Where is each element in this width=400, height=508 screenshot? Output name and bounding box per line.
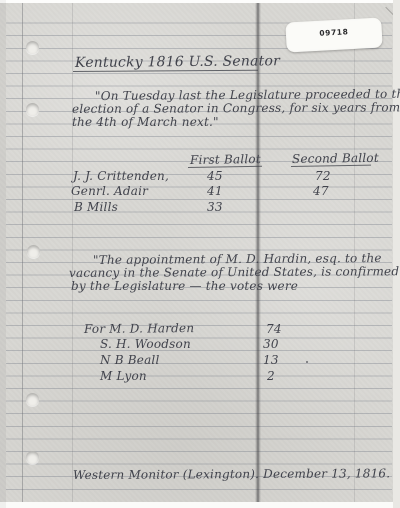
punch-hole <box>26 41 39 54</box>
scanned-document-page: 09718 Kentucky 1816 U.S. Senator "On Tue… <box>0 0 400 508</box>
scan-edge-right <box>393 0 400 508</box>
scan-edge-top <box>0 0 400 3</box>
header-second-underline <box>291 165 371 167</box>
paragraph2-line2: vacancy in the Senate of United States, … <box>69 264 399 280</box>
paper-left-edge-line <box>22 3 23 502</box>
ballot-row-first-value: 41 <box>207 184 223 198</box>
header-first-underline <box>188 166 262 168</box>
paragraph1-line3: the 4th of March next." <box>72 115 219 129</box>
ink-dot <box>306 361 308 363</box>
paragraph2-line3: by the Legislature — the votes were <box>71 279 298 293</box>
votes-row-name: S. H. Woodson <box>100 337 191 351</box>
ballot-row-name: B Mills <box>74 200 118 214</box>
ballot-row-first-value: 45 <box>207 169 223 183</box>
punch-hole <box>26 393 39 406</box>
ballot-row-second-value: 47 <box>313 184 329 198</box>
catalog-sticker: 09718 <box>285 18 382 53</box>
votes-row-name: M Lyon <box>100 369 147 383</box>
votes-row-name: N B Beall <box>100 353 160 367</box>
votes-row-value: 13 <box>263 353 279 367</box>
votes-row-value: 74 <box>266 322 282 336</box>
fold-crease-left <box>72 3 73 502</box>
page-title: Kentucky 1816 U.S. Senator <box>75 53 280 71</box>
votes-row-value: 30 <box>263 337 279 351</box>
punch-hole <box>26 451 39 464</box>
ballot-row-first-value: 33 <box>207 200 223 214</box>
punch-hole <box>27 245 40 258</box>
ballot-table-header-first: First Ballot <box>190 152 261 167</box>
votes-row-value: 2 <box>267 369 275 383</box>
scan-edge-bottom <box>0 502 400 508</box>
catalog-number: 09718 <box>319 27 349 38</box>
ballot-row-second-value: 72 <box>315 169 331 183</box>
scan-edge-left <box>0 0 6 508</box>
source-citation: Western Monitor (Lexington). December 13… <box>73 466 390 482</box>
ballot-row-name: Genrl. Adair <box>71 184 148 198</box>
punch-hole <box>26 103 39 116</box>
title-underline <box>73 70 258 72</box>
paragraph1-line2: election of a Senator in Congress, for s… <box>72 100 400 116</box>
votes-row-name: For M. D. Harden <box>84 321 194 336</box>
ballot-row-name: J. J. Crittenden, <box>73 169 169 183</box>
